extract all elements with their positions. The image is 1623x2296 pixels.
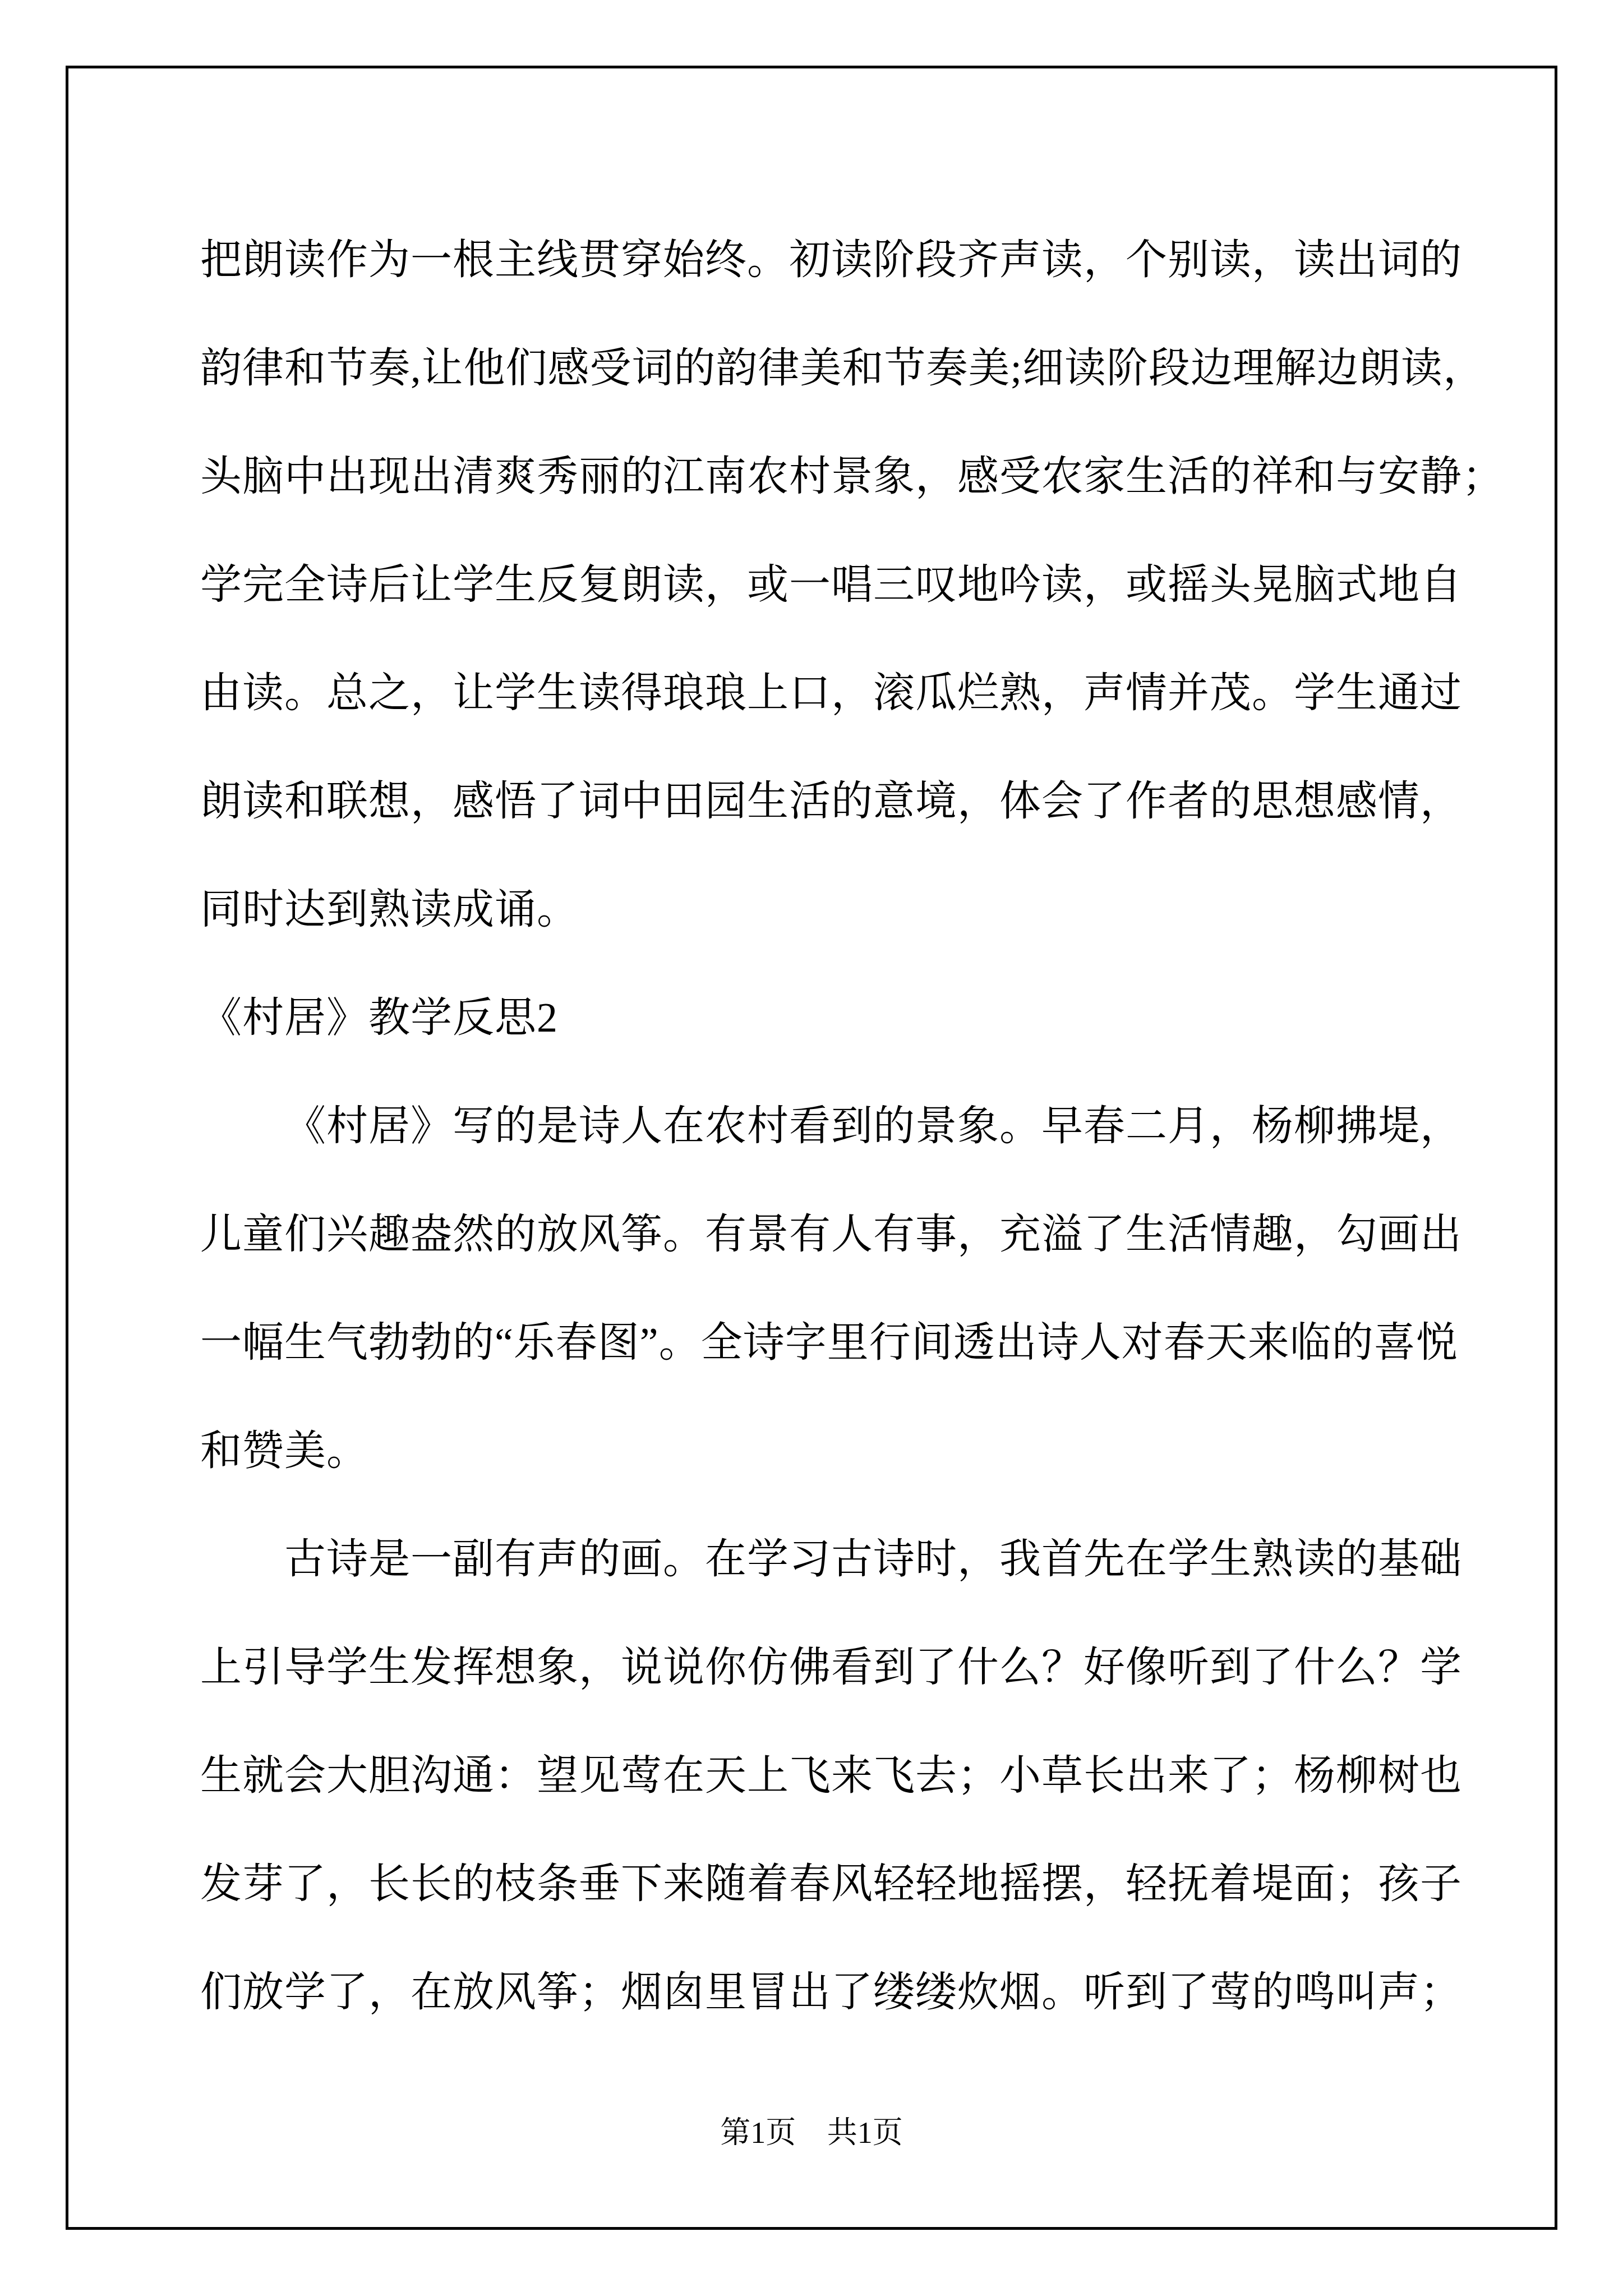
text-line: 《村居》写的是诗人在农村看到的景象。早春二月，杨柳拂堤， xyxy=(200,1073,1490,1181)
section-heading: 《村居》教学反思2 xyxy=(200,964,1490,1073)
text-line: 们放学了，在放风筝；烟囱里冒出了缕缕炊烟。听到了莺的鸣叫声； xyxy=(200,1939,1490,2047)
text-line: 上引导学生发挥想象，说说你仿佛看到了什么？好像听到了什么？学 xyxy=(200,1614,1490,1722)
text-line: 同时达到熟读成诵。 xyxy=(200,856,1490,964)
text-line: 发芽了，长长的枝条垂下来随着春风轻轻地摇摆，轻抚着堤面；孩子 xyxy=(200,1830,1490,1939)
text-line: 一幅生气勃勃的“乐春图”。全诗字里行间透出诗人对春天来临的喜悦 xyxy=(200,1289,1490,1397)
total-pages-label: 共1页 xyxy=(827,2110,903,2155)
document-body: 把朗读作为一根主线贯穿始终。初读阶段齐声读，个别读，读出词的 韵律和节奏,让他们… xyxy=(200,206,1490,2047)
text-line: 把朗读作为一根主线贯穿始终。初读阶段齐声读，个别读，读出词的 xyxy=(200,206,1490,315)
current-page-label: 第1页 xyxy=(720,2110,796,2155)
text-line: 和赞美。 xyxy=(200,1397,1490,1506)
text-line: 由读。总之，让学生读得琅琅上口，滚瓜烂熟，声情并茂。学生通过 xyxy=(200,639,1490,748)
text-line: 韵律和节奏,让他们感受词的韵律美和节奏美;细读阶段边理解边朗读， xyxy=(200,315,1490,423)
text-line: 儿童们兴趣盎然的放风筝。有景有人有事，充溢了生活情趣，勾画出 xyxy=(200,1181,1490,1289)
text-line: 生就会大胆沟通：望见莺在天上飞来飞去；小草长出来了；杨柳树也 xyxy=(200,1722,1490,1830)
text-line: 学完全诗后让学生反复朗读，或一唱三叹地吟读，或摇头晃脑式地自 xyxy=(200,531,1490,639)
text-line: 朗读和联想，感悟了词中田园生活的意境，体会了作者的思想感情， xyxy=(200,748,1490,856)
text-line: 古诗是一副有声的画。在学习古诗时，我首先在学生熟读的基础 xyxy=(200,1506,1490,1614)
text-line: 头脑中出现出清爽秀丽的江南农村景象，感受农家生活的祥和与安静； xyxy=(200,423,1490,531)
page-number-footer: 第1页 共1页 xyxy=(0,2110,1623,2155)
